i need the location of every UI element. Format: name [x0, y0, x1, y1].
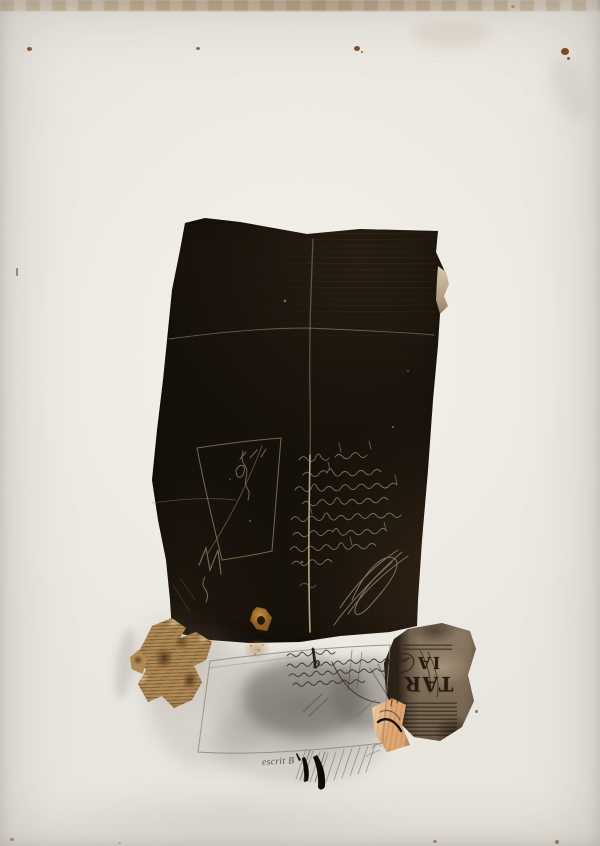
vignette: [0, 0, 600, 846]
artwork-canvas: TAR IA: [0, 0, 600, 846]
